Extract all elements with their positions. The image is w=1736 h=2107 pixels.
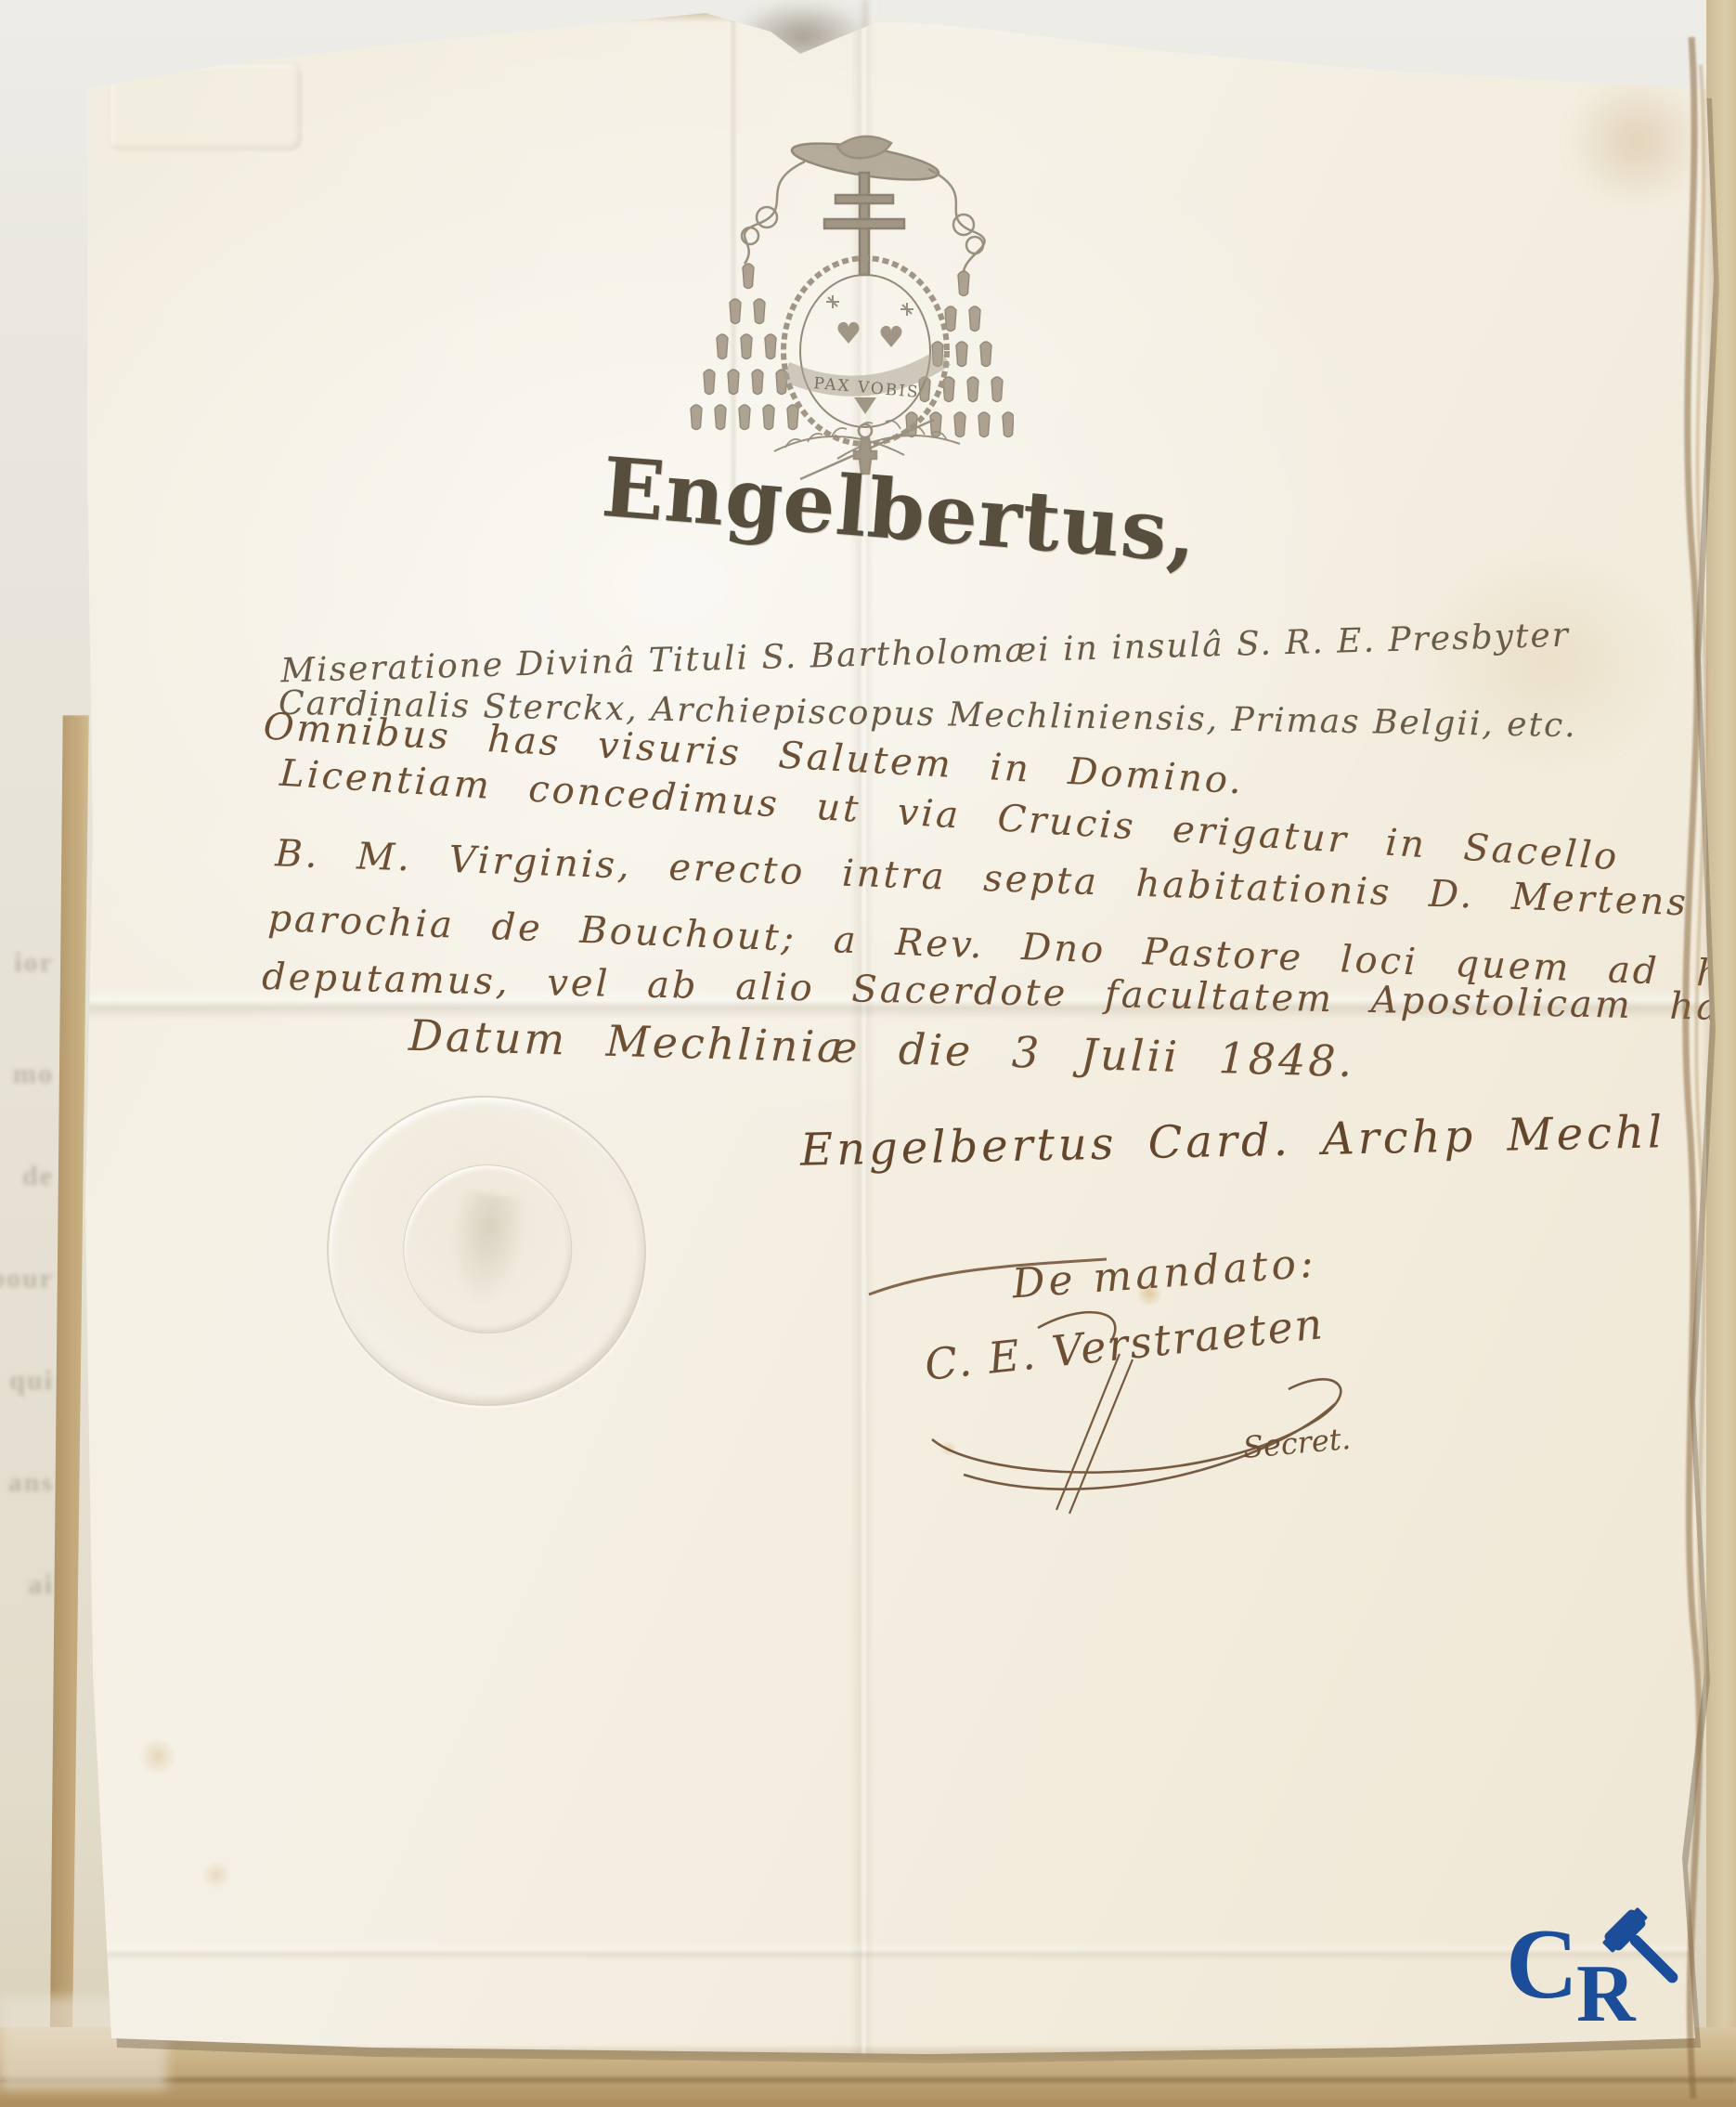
tassels-right xyxy=(906,271,1014,437)
background-surface-seam xyxy=(0,2077,1736,2083)
printed-title-line: Miseratione Divinâ Tituli S. Bartholomæi… xyxy=(280,616,1571,692)
shield-cartouche: PAX VOBIS xyxy=(784,258,947,444)
blind-stamp xyxy=(110,63,302,150)
manuscript-dateline: Datum Mechliniæ die 3 Julii 1848. xyxy=(408,1014,1355,1083)
embossed-seal xyxy=(306,1075,666,1427)
fold-crease-horizontal-lower xyxy=(82,1941,1717,1961)
ghost-text-fragment: mo xyxy=(13,1059,54,1090)
secretary-title: Secret. xyxy=(1241,1421,1352,1465)
ghost-text-fragment: ior xyxy=(14,947,54,979)
document-sheet: PAX VOBIS Engelbertus, Miseratione Divin… xyxy=(82,11,1717,2054)
foxing-spot xyxy=(137,1738,178,1774)
auction-watermark: C R xyxy=(1485,1894,1708,2052)
ghost-text-fragment: qui xyxy=(9,1365,54,1397)
document-heading: Engelbertus, xyxy=(600,446,1201,574)
aged-top-edge xyxy=(110,11,1678,22)
secretary-signature-block: C. E. Verstraeten Secret. xyxy=(899,1300,1400,1532)
cardinal-coat-of-arms: PAX VOBIS xyxy=(689,113,1014,494)
under-paper-left-edge: ior mo de pour qui ans ai xyxy=(0,799,56,1709)
ghost-text-fragment: ai xyxy=(29,1569,54,1601)
ghost-text-fragment: de xyxy=(22,1161,54,1192)
ghost-text-fragment: ans xyxy=(8,1467,54,1499)
photo-of-document: { "document": { "crest": { "motto": "PAX… xyxy=(0,0,1736,2107)
gavel-icon xyxy=(1595,1902,1703,2004)
secretary-signature: C. E. Verstraeten xyxy=(923,1300,1327,1390)
torn-edge xyxy=(1660,28,1736,2107)
foxing-spot xyxy=(201,1861,232,1889)
cardinal-signature: Engelbertus Card. Archp Mechl xyxy=(800,1110,1666,1173)
watermark-letter-c: C xyxy=(1506,1915,1578,2015)
ghost-text-fragment: pour xyxy=(0,1263,54,1294)
embossed-seal-crest-relief xyxy=(442,1190,531,1310)
